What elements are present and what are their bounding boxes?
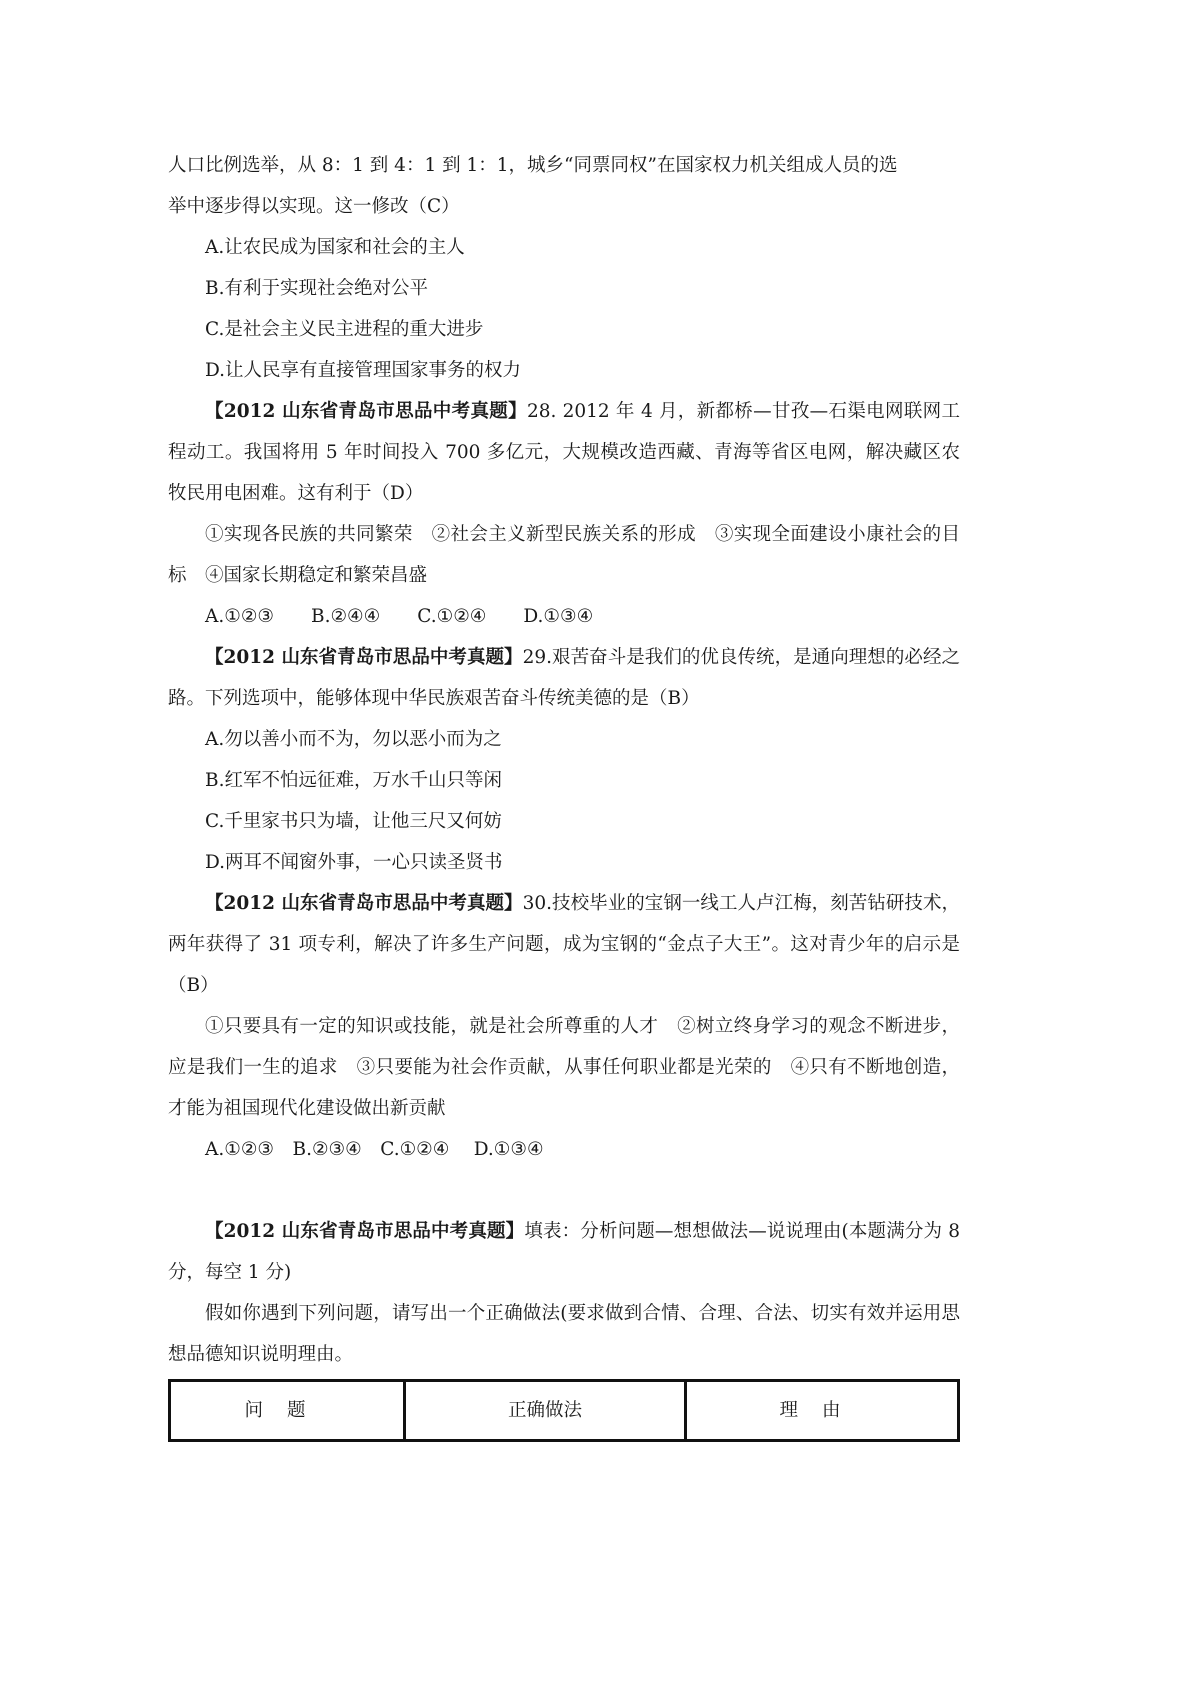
fill-table-question: 【2012 山东省青岛市思品中考真题】填表：分析问题—想想做法—说说理由(本题满… (168, 1211, 960, 1293)
q29-option-d: D.两耳不闻窗外事，一心只读圣贤书 (168, 842, 960, 883)
q27-stem-line-1: 人口比例选举，从 8：1 到 4：1 到 1：1，城乡“同票同权”在国家权力机关… (168, 145, 960, 186)
q29-source: 【2012 山东省青岛市思品中考真题】 (205, 647, 523, 668)
q27-stem-line-2: 举中逐步得以实现。这一修改（C） (168, 186, 960, 227)
q27-option-b: B.有利于实现社会绝对公平 (168, 268, 960, 309)
header-correct-approach: 正确做法 (405, 1381, 686, 1441)
answer-table: 问题 正确做法 理由 (168, 1379, 960, 1442)
q28-statements: ①实现各民族的共同繁荣 ②社会主义新型民族关系的形成 ③实现全面建设小康社会的目… (168, 514, 960, 596)
q28-question: 【2012 山东省青岛市思品中考真题】28. 2012 年 4 月，新都桥—甘孜… (168, 391, 960, 514)
q27-option-a: A.让农民成为国家和社会的主人 (168, 227, 960, 268)
fill-table-source: 【2012 山东省青岛市思品中考真题】 (205, 1221, 524, 1242)
answer-table-header-row: 问题 正确做法 理由 (170, 1381, 959, 1441)
q28-options: A.①②③ B.②④④ C.①②④ D.①③④ (168, 596, 960, 637)
q30-options: A.①②③ B.②③④ C.①②④ D.①③④ (168, 1129, 960, 1170)
q27-option-d: D.让人民享有直接管理国家事务的权力 (168, 350, 960, 391)
q29-option-c: C.千里家书只为墙，让他三尺又何妨 (168, 801, 960, 842)
spacer (168, 1170, 960, 1211)
q29-option-a: A.勿以善小而不为，勿以恶小而为之 (168, 719, 960, 760)
header-reason: 理由 (686, 1381, 959, 1441)
header-problem: 问题 (170, 1381, 405, 1441)
q30-source: 【2012 山东省青岛市思品中考真题】 (205, 893, 523, 914)
fill-table-instruction: 假如你遇到下列问题，请写出一个正确做法(要求做到合情、合理、合法、切实有效并运用… (168, 1293, 960, 1375)
document-page: 人口比例选举，从 8：1 到 4：1 到 1：1，城乡“同票同权”在国家权力机关… (168, 145, 960, 1442)
q29-question: 【2012 山东省青岛市思品中考真题】29.艰苦奋斗是我们的优良传统，是通向理想… (168, 637, 960, 719)
q27-option-c: C.是社会主义民主进程的重大进步 (168, 309, 960, 350)
q30-question: 【2012 山东省青岛市思品中考真题】30.技校毕业的宝钢一线工人卢江梅，刻苦钻… (168, 883, 960, 1006)
q28-source: 【2012 山东省青岛市思品中考真题】 (205, 401, 527, 422)
q30-statements: ①只要具有一定的知识或技能，就是社会所尊重的人才 ②树立终身学习的观念不断进步，… (168, 1006, 960, 1129)
q29-option-b: B.红军不怕远征难，万水千山只等闲 (168, 760, 960, 801)
